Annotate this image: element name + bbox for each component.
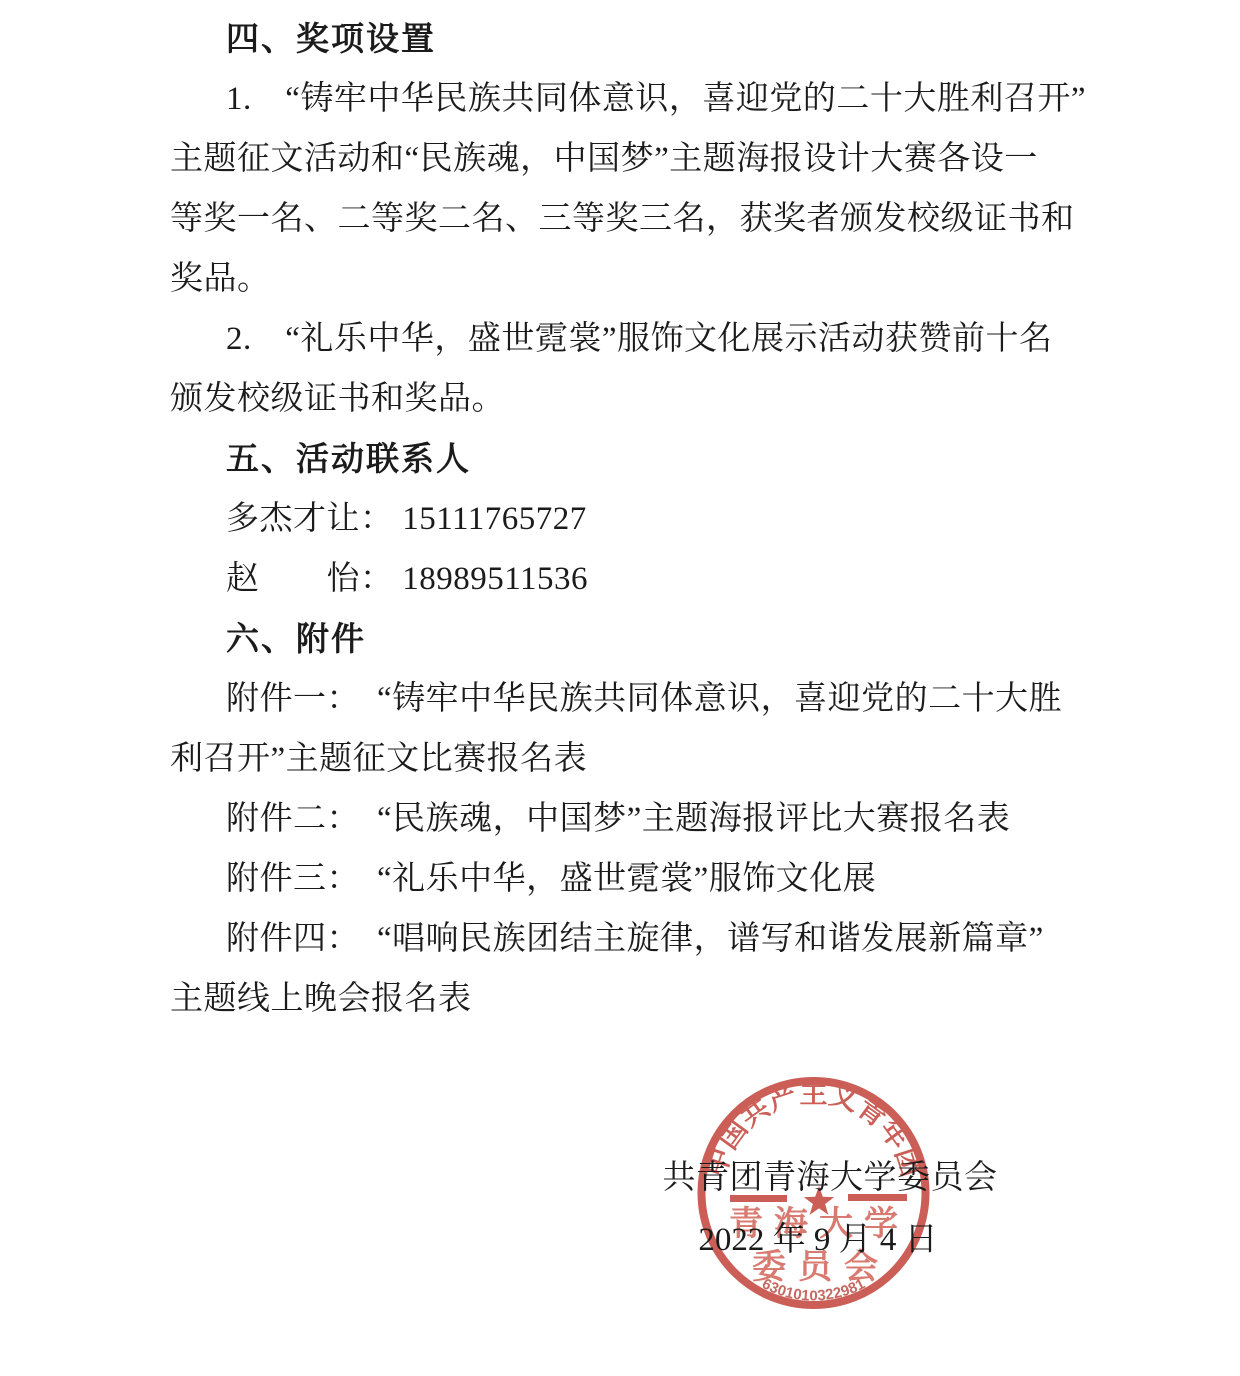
document-line: 奖品。 [170, 249, 1085, 309]
document-line: 1. “铸牢中华民族共同体意识，喜迎党的二十大胜利召开” [170, 69, 1085, 129]
document-line: 赵 怡： 18989511536 [170, 549, 1085, 609]
document-line: 利召开”主题征文比赛报名表 [170, 729, 1085, 789]
section-heading: 五、活动联系人 [170, 429, 1085, 489]
document-body: 四、奖项设置1. “铸牢中华民族共同体意识，喜迎党的二十大胜利召开”主题征文活动… [170, 9, 1085, 1029]
document-line: 附件三： “礼乐中华，盛世霓裳”服饰文化展 [170, 849, 1085, 909]
document-line: 主题线上晚会报名表 [170, 969, 1085, 1029]
signature-date: 2022 年 9 月 4 日 [580, 1220, 1056, 1260]
section-heading: 六、附件 [170, 609, 1085, 669]
document-line: 附件一： “铸牢中华民族共同体意识，喜迎党的二十大胜 [170, 669, 1085, 729]
signature-org: 共青团青海大学委员会 [580, 1158, 1080, 1198]
section-heading: 四、奖项设置 [170, 9, 1085, 69]
document-line: 附件四： “唱响民族团结主旋律，谱写和谐发展新篇章” [170, 909, 1085, 969]
document-line: 2. “礼乐中华，盛世霓裳”服饰文化展示活动获赞前十名 [170, 309, 1085, 369]
document-line: 附件二： “民族魂，中国梦”主题海报评比大赛报名表 [170, 789, 1085, 849]
document-line: 主题征文活动和“民族魂，中国梦”主题海报设计大赛各设一 [170, 129, 1085, 189]
document-page: 四、奖项设置1. “铸牢中华民族共同体意识，喜迎党的二十大胜利召开”主题征文活动… [0, 0, 1240, 1376]
signature-block: 共青团青海大学委员会 2022 年 9 月 4 日 [580, 1158, 1080, 1260]
seal-arc-char: 主 [799, 1078, 827, 1110]
document-line: 多杰才让： 15111765727 [170, 489, 1085, 549]
document-line: 颁发校级证书和奖品。 [170, 369, 1085, 429]
document-line: 等奖一名、二等奖二名、三等奖三名，获奖者颁发校级证书和 [170, 189, 1085, 249]
